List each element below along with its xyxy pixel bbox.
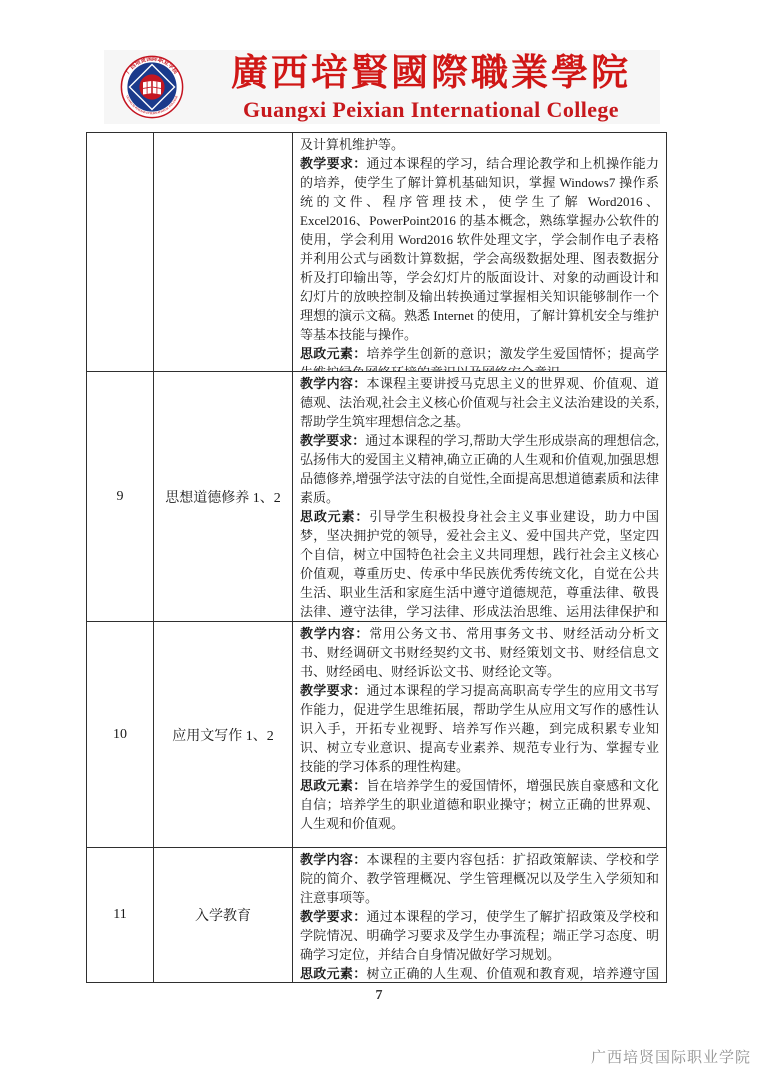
college-title-english: Guangxi Peixian International College	[202, 97, 660, 123]
paragraph: 教学内容：本课程主要讲授马克思主义的世界观、价值观、道德观、法治观,社会主义核心…	[300, 374, 659, 431]
course-detail-cell: 教学内容：本课程的主要内容包括：扩招政策解读、学校和学院的简介、教学管理概况、学…	[293, 848, 666, 982]
course-number-cell	[87, 133, 154, 371]
course-table: 及计算机维护等。 教学要求：通过本课程的学习，结合理论教学和上机操作能力的培养，…	[86, 132, 667, 983]
paragraph: 教学内容：常用公务文书、常用事务文书、财经活动分析文书、财经调研文书财经契约文书…	[300, 624, 659, 681]
paragraph: 思政元素：培养学生创新的意识；激发学生爱国情怀；提高学生维护绿色网络环境的意识以…	[300, 344, 659, 371]
course-detail-cell: 及计算机维护等。 教学要求：通过本课程的学习，结合理论教学和上机操作能力的培养，…	[293, 133, 666, 371]
paragraph: 思政元素：树立正确的人生观、价值观和教育观，培养遵守国家	[300, 964, 659, 982]
paragraph: 教学要求：通过本课程的学习,帮助大学生形成崇高的理想信念,弘扬伟大的爱国主义精神…	[300, 431, 659, 507]
course-detail-cell: 教学内容：本课程主要讲授马克思主义的世界观、价值观、道德观、法治观,社会主义核心…	[293, 372, 666, 621]
paragraph: 思政元素：旨在培养学生的爱国情怀，增强民族自豪感和文化自信；培养学生的职业道德和…	[300, 776, 659, 833]
paragraph: 教学要求：通过本课程的学习，结合理论教学和上机操作能力的培养，使学生了解计算机基…	[300, 154, 659, 344]
course-number-cell: 10	[87, 622, 154, 847]
table-row: 9 思想道德修养 1、2 教学内容：本课程主要讲授马克思主义的世界观、价值观、道…	[87, 372, 666, 622]
course-name-cell: 入学教育	[154, 848, 293, 982]
paragraph: 思政元素：引导学生积极投身社会主义事业建设，助力中国梦，坚决拥护党的领导，爱社会…	[300, 507, 659, 621]
college-logo-icon: 广西培贤国际职业学院 GUANGXI PEIXIAN INTERNATIONAL…	[120, 55, 184, 119]
paragraph: 教学要求：通过本课程的学习提高高职高专学生的应用文书写作能力，促进学生思维拓展，…	[300, 681, 659, 776]
paragraph: 及计算机维护等。	[300, 135, 659, 154]
course-number-cell: 11	[87, 848, 154, 982]
table-row: 及计算机维护等。 教学要求：通过本课程的学习，结合理论教学和上机操作能力的培养，…	[87, 133, 666, 372]
table-row: 10 应用文写作 1、2 教学内容：常用公务文书、常用事务文书、财经活动分析文书…	[87, 622, 666, 848]
course-number-cell: 9	[87, 372, 154, 621]
paragraph: 教学内容：本课程的主要内容包括：扩招政策解读、学校和学院的简介、教学管理概况、学…	[300, 850, 659, 907]
paragraph: 教学要求：通过本课程的学习，使学生了解扩招政策及学校和学院情况、明确学习要求及学…	[300, 907, 659, 964]
page-number: 7	[0, 988, 758, 1004]
course-detail-cell: 教学内容：常用公务文书、常用事务文书、财经活动分析文书、财经调研文书财经契约文书…	[293, 622, 666, 847]
course-name-cell: 思想道德修养 1、2	[154, 372, 293, 621]
college-title-chinese: 廣西培賢國際職業學院	[202, 48, 660, 96]
course-name-cell: 应用文写作 1、2	[154, 622, 293, 847]
college-header-banner: 广西培贤国际职业学院 GUANGXI PEIXIAN INTERNATIONAL…	[104, 50, 660, 124]
table-row: 11 入学教育 教学内容：本课程的主要内容包括：扩招政策解读、学校和学院的简介、…	[87, 848, 666, 982]
course-name-cell	[154, 133, 293, 371]
footer-watermark: 广西培贤国际职业学院	[591, 1046, 751, 1067]
